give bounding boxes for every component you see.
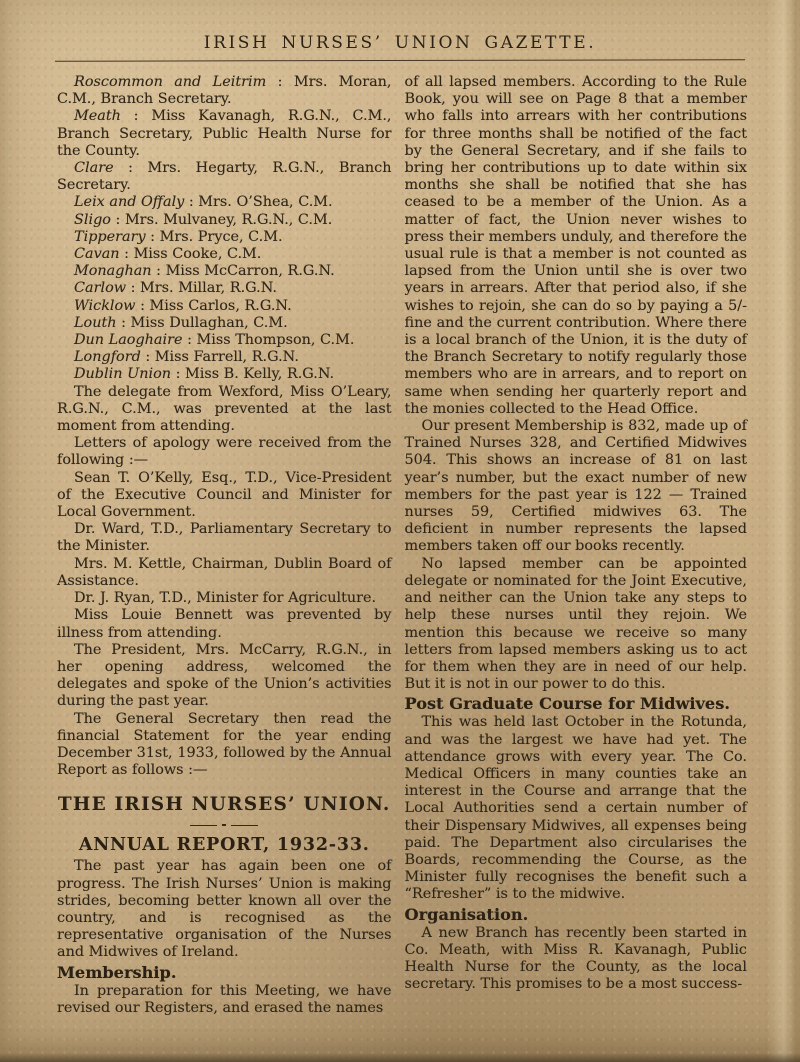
entry-text: : Mrs. Millar, R.G.N.: [126, 280, 277, 296]
paragraph: The General Secretary then read the fina…: [57, 711, 392, 780]
branch-secretary-entry: Wicklow : Miss Carlos, R.G.N.: [57, 298, 392, 315]
paragraph: Miss Louie Bennett was prevented by illn…: [57, 607, 392, 641]
county-name: Clare: [74, 160, 114, 176]
branch-secretary-entry: Sligo : Mrs. Mulvaney, R.G.N., C.M.: [57, 212, 392, 229]
county-name: Roscommon and Leitrim: [74, 74, 266, 90]
county-name: Monaghan: [74, 263, 152, 279]
county-name: Carlow: [74, 280, 126, 296]
entry-text: : Miss Farrell, R.G.N.: [141, 349, 299, 365]
subsection-heading: Post Graduate Course for Midwives.: [405, 694, 747, 713]
branch-secretary-entry: Leix and Offaly : Mrs. O’Shea, C.M.: [57, 194, 392, 211]
county-name: Dublin Union: [74, 366, 171, 382]
paragraph: Mrs. M. Kettle, Chairman, Dublin Board o…: [57, 556, 392, 590]
entry-text: : Miss McCarron, R.G.N.: [152, 263, 335, 279]
subsection-heading: Membership.: [57, 963, 392, 982]
paragraph: The past year has again been one of prog…: [57, 858, 392, 961]
page-bottom-shadow: [0, 1053, 800, 1062]
branch-secretary-entry: Louth : Miss Dullaghan, C.M.: [57, 315, 392, 332]
branch-secretary-entry: Dun Laoghaire : Miss Thompson, C.M.: [57, 332, 392, 349]
county-name: Wicklow: [74, 298, 136, 314]
paragraph: Sean T. O’Kelly, Esq., T.D., Vice-Presid…: [57, 470, 392, 522]
branch-secretary-entry: Cavan : Miss Cooke, C.M.: [57, 246, 392, 263]
two-column-body: Roscommon and Leitrim : Mrs. Moran, C.M.…: [0, 61, 800, 1017]
paragraph-continuation: of all lapsed members. According to the …: [405, 74, 747, 418]
right-column: of all lapsed members. According to the …: [405, 74, 747, 1017]
paragraph: No lapsed member can be appointed delega…: [405, 556, 747, 694]
entry-text: : Mrs. Pryce, C.M.: [146, 229, 283, 245]
branch-secretary-entry: Tipperary : Mrs. Pryce, C.M.: [57, 229, 392, 246]
paragraph: Dr. J. Ryan, T.D., Minister for Agricult…: [57, 590, 392, 607]
entry-text: : Mrs. Mulvaney, R.G.N., C.M.: [111, 212, 332, 228]
branch-secretary-entry: Meath : Miss Kavanagh, R.G.N., C.M., Bra…: [57, 108, 392, 160]
entry-text: : Miss B. Kelly, R.G.N.: [171, 366, 334, 382]
entry-text: : Miss Carlos, R.G.N.: [136, 298, 292, 314]
entry-text: : Mrs. O’Shea, C.M.: [184, 194, 332, 210]
county-name: Cavan: [74, 246, 120, 262]
paragraph: The President, Mrs. McCarry, R.G.N., in …: [57, 642, 392, 711]
county-name: Sligo: [74, 212, 111, 228]
entry-text: : Miss Thompson, C.M.: [183, 332, 355, 348]
entry-text: : Miss Cooke, C.M.: [120, 246, 262, 262]
paragraph: The delegate from Wexford, Miss O’Leary,…: [57, 384, 392, 436]
ornament-divider: [57, 824, 392, 826]
paragraph: In preparation for this Meeting, we have…: [57, 983, 392, 1017]
masthead: IRISH NURSES’ UNION GAZETTE.: [0, 0, 800, 61]
divider-dot: [222, 824, 226, 826]
branch-secretary-entry: Monaghan : Miss McCarron, R.G.N.: [57, 263, 392, 280]
paragraph: A new Branch has recently been started i…: [405, 925, 747, 994]
branch-secretary-entry: Longford : Miss Farrell, R.G.N.: [57, 349, 392, 366]
report-heading: ANNUAL REPORT, 1932-33.: [57, 835, 392, 855]
paragraph: Our present Membership is 832, made up o…: [405, 418, 747, 556]
branch-secretary-entry: Roscommon and Leitrim : Mrs. Moran, C.M.…: [57, 74, 392, 108]
left-column: Roscommon and Leitrim : Mrs. Moran, C.M.…: [57, 74, 392, 1017]
branch-secretary-entry: Dublin Union : Miss B. Kelly, R.G.N.: [57, 366, 392, 383]
subsection-heading: Organisation.: [405, 905, 747, 924]
county-name: Dun Laoghaire: [74, 332, 183, 348]
gazette-scanned-page: IRISH NURSES’ UNION GAZETTE. Roscommon a…: [0, 0, 800, 1062]
branch-secretary-entry: Clare : Mrs. Hegarty, R.G.N., Branch Sec…: [57, 160, 392, 194]
county-name: Tipperary: [74, 229, 146, 245]
county-name: Leix and Offaly: [74, 194, 184, 210]
divider-line: [231, 825, 258, 826]
section-heading: THE IRISH NURSES’ UNION.: [57, 794, 392, 815]
county-name: Meath: [74, 108, 121, 124]
entry-text: : Miss Dullaghan, C.M.: [117, 315, 288, 331]
paragraph: This was held last October in the Rotund…: [405, 714, 747, 903]
county-name: Louth: [74, 315, 117, 331]
paragraph: Letters of apology were received from th…: [57, 435, 392, 469]
paragraph: Dr. Ward, T.D., Parliamentary Secretary …: [57, 521, 392, 555]
divider-line: [190, 825, 217, 826]
page-title: IRISH NURSES’ UNION GAZETTE.: [0, 33, 800, 53]
branch-secretary-entry: Carlow : Mrs. Millar, R.G.N.: [57, 280, 392, 297]
county-name: Longford: [74, 349, 141, 365]
